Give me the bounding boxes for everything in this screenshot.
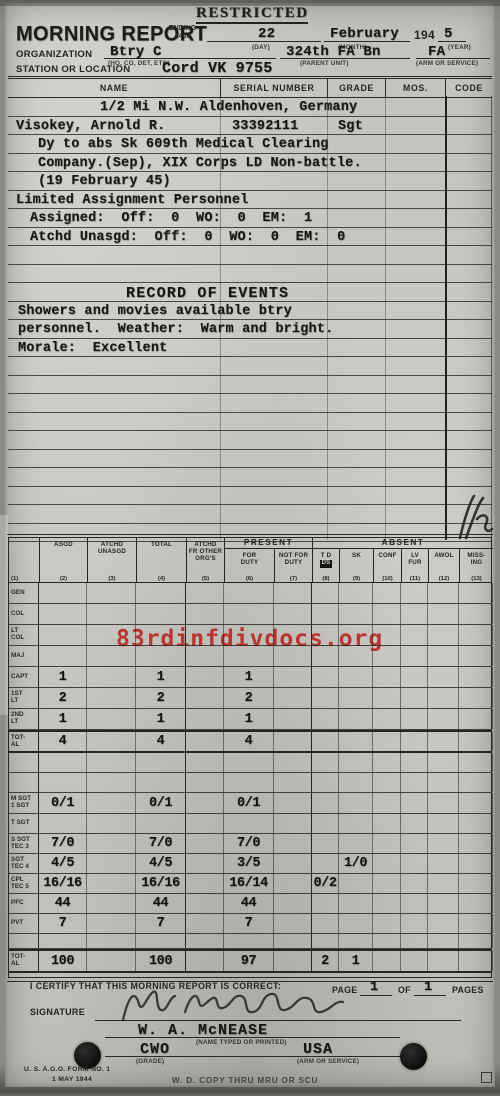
stat-body: GENCOLLT COLMAJCAPT1111ST LT2222ND LT111…: [9, 583, 491, 973]
roster-row: Limited Assignment Personnel: [8, 191, 492, 210]
stat-cell: [186, 667, 224, 687]
roster-row: [8, 376, 492, 395]
copy-routing-note: W. D. COPY THRU MRU OR SCU: [172, 1076, 318, 1085]
stat-cell: [312, 753, 339, 772]
stat-cell: [459, 625, 493, 645]
stat-cell: [39, 773, 87, 792]
year-sublabel: (YEAR): [448, 44, 471, 51]
stat-column-number: (10): [374, 576, 401, 582]
stat-cell: [312, 667, 339, 687]
stat-cell: [87, 894, 136, 913]
stat-cell: [428, 854, 459, 873]
stat-column-number: (2): [40, 576, 87, 582]
roster-typed-text: Morale: Excellent: [18, 341, 167, 356]
stat-cell: 0/2: [312, 874, 339, 893]
stat-cell: [274, 773, 312, 792]
stat-row: CPL TEC 516/1616/1616/140/2: [9, 874, 491, 894]
stat-row-label: PFC: [9, 894, 39, 913]
stat-column: ASGD(2): [39, 538, 87, 583]
stat-cell: [312, 773, 339, 792]
stat-cell: [274, 874, 312, 893]
stat-cell: 4/5: [39, 854, 87, 873]
stat-column: MISS- ING(13): [459, 549, 493, 583]
stat-cell: [401, 625, 428, 645]
stat-row: COL: [9, 604, 491, 625]
stat-cell: [39, 604, 87, 624]
roster-typed-text: Company.(Sep), XIX Corps LD Non-battle.: [38, 156, 362, 171]
stat-cell: [39, 753, 87, 772]
stat-cell: [312, 625, 339, 645]
stat-cell: [312, 834, 339, 853]
stat-cell: [312, 854, 339, 873]
stat-cell: [373, 951, 401, 971]
punch-hole-left: [74, 1042, 101, 1069]
signature-handwriting: [115, 982, 355, 1024]
roster-typed-text: Limited Assignment Personnel: [16, 193, 248, 208]
stat-cell: [459, 688, 493, 708]
ending-label: ENDING: [169, 25, 196, 32]
stat-cell: [339, 934, 373, 948]
stat-cell: [274, 793, 312, 813]
stat-header: (1)ASGD(2)ATCHD UNASGD(3)TOTAL(4)ATCHD F…: [9, 538, 491, 583]
stat-cell: [459, 834, 493, 853]
stat-cell: [401, 667, 428, 687]
stat-row: T SGT: [9, 814, 491, 834]
roster-typed-text: 1/2 Mi N.W. Aldenhoven, Germany: [100, 100, 357, 115]
parent-unit-sublabel: (PARENT UNIT): [300, 60, 349, 67]
stat-cell: [312, 709, 339, 729]
stat-column: SK(9): [339, 549, 373, 583]
stat-cell: [339, 732, 373, 751]
stat-column-label: ASGD: [40, 542, 87, 549]
stat-cell: [312, 732, 339, 751]
stat-cell: [274, 667, 312, 687]
stat-row-label: LT COL: [9, 625, 39, 645]
stat-cell: [401, 934, 428, 948]
roster-row: (19 February 45): [8, 172, 492, 191]
roster-row: [8, 431, 492, 450]
pages-label: PAGES: [452, 985, 484, 995]
roster-row: [8, 487, 492, 506]
day-sublabel: (DAY): [252, 44, 270, 51]
stat-column: ATCHD UNASGD(3): [87, 538, 136, 583]
stat-cell: [373, 914, 401, 933]
stat-column: ATCHD FR OTHER ORG'S(5): [186, 538, 224, 583]
arm-value: FA: [428, 44, 445, 60]
stat-cell: [373, 793, 401, 813]
stat-column: T DDS(8): [312, 549, 339, 583]
roster-row: [8, 246, 492, 265]
stat-cell: [87, 667, 136, 687]
of-label: OF: [398, 985, 411, 995]
stat-cell: [428, 914, 459, 933]
stat-cell: [339, 688, 373, 708]
stat-cell: [87, 625, 136, 645]
stat-cell: 1: [224, 709, 274, 729]
stat-cell: [428, 753, 459, 772]
stat-cell: [186, 934, 224, 948]
stat-cell: [428, 773, 459, 792]
grade-underline: [105, 1056, 400, 1057]
stat-cell: [186, 604, 224, 624]
stat-cell: [339, 793, 373, 813]
stat-cell: [224, 604, 274, 624]
stat-cell: [136, 934, 186, 948]
stat-cell: [428, 894, 459, 913]
stat-row-label: 1ST LT: [9, 688, 39, 708]
stat-cell: [87, 753, 136, 772]
stat-row-label: M SGT 1 SGT: [9, 793, 39, 813]
stat-cell: [136, 604, 186, 624]
stat-cell: [459, 646, 493, 666]
stat-cell: [312, 934, 339, 948]
stat-cell: [401, 814, 428, 833]
stat-cell: [186, 732, 224, 751]
stat-row-label: GEN: [9, 583, 39, 603]
stat-cell: [428, 646, 459, 666]
stat-cell: [136, 646, 186, 666]
stat-cell: [87, 951, 136, 971]
stat-cell: [373, 934, 401, 948]
stat-cell: [401, 753, 428, 772]
stat-row: CAPT111: [9, 667, 491, 688]
stat-cell: [459, 753, 493, 772]
stat-row: PVT777: [9, 914, 491, 934]
stat-column-number: (3): [88, 576, 136, 582]
pages-number: 1: [424, 980, 432, 995]
stat-cell: 44: [224, 894, 274, 913]
stat-cell: [373, 625, 401, 645]
stat-cell: [339, 874, 373, 893]
stat-row: LT COL: [9, 625, 491, 646]
stat-cell: 97: [224, 951, 274, 971]
stat-cell: [87, 583, 136, 603]
roster-typed-text: Assigned: Off: 0 WO: 0 EM: 1: [30, 211, 312, 226]
stat-cell: [373, 874, 401, 893]
roster-typed-text: (19 February 45): [38, 174, 171, 189]
pages-underline: [414, 995, 446, 996]
stat-cell: 44: [136, 894, 186, 913]
stat-cell: [274, 854, 312, 873]
stat-cell: [373, 894, 401, 913]
stat-cell: [87, 646, 136, 666]
stat-cell: [39, 625, 87, 645]
stat-cell: [401, 604, 428, 624]
stat-cell: [136, 583, 186, 603]
stat-cell: [401, 773, 428, 792]
stat-cell: 7/0: [136, 834, 186, 853]
stat-cell: [459, 914, 493, 933]
stat-row-label: 2ND LT: [9, 709, 39, 729]
stat-row-label: MAJ: [9, 646, 39, 666]
roster-row: [8, 265, 492, 284]
handwritten-initials: [450, 492, 495, 542]
roster-row: RECORD OF EVENTS: [8, 283, 492, 302]
stat-cell: [186, 894, 224, 913]
stat-cell: [428, 793, 459, 813]
roster-row: [8, 413, 492, 432]
stat-cell: [274, 834, 312, 853]
stat-row-label: S SGT TEC 3: [9, 834, 39, 853]
stat-cell: [459, 814, 493, 833]
stat-column: FOR DUTY(6): [224, 549, 274, 583]
stat-cell: [274, 604, 312, 624]
stat-cell: [87, 773, 136, 792]
roster-row: Visokey, Arnold R.33392111Sgt: [8, 117, 492, 136]
stat-cell: [224, 773, 274, 792]
stat-cell: [401, 709, 428, 729]
stat-cell: 1: [136, 667, 186, 687]
stat-cell: [186, 753, 224, 772]
stat-cell: [186, 793, 224, 813]
stat-row: 1ST LT222: [9, 688, 491, 709]
stat-column-label: MISS- ING: [460, 553, 493, 567]
parent-unit-value: 324th FA Bn: [286, 44, 381, 60]
report-year: 5: [444, 26, 453, 42]
stat-cell: [428, 709, 459, 729]
stat-cell: [224, 583, 274, 603]
stat-column: NOT FOR DUTY(7): [274, 549, 312, 583]
roster-body: 1/2 Mi N.W. Aldenhoven, GermanyVisokey, …: [8, 98, 492, 542]
stat-cell: 3/5: [224, 854, 274, 873]
stat-cell: [312, 894, 339, 913]
stat-cell: [136, 753, 186, 772]
stat-cell: 7: [136, 914, 186, 933]
stat-cell: [274, 709, 312, 729]
roster-row: [8, 505, 492, 524]
stat-row: TOT- AL1001009721: [9, 949, 491, 973]
stat-cell: 7/0: [224, 834, 274, 853]
arm-sublabel: (ARM OR SERVICE): [416, 60, 478, 67]
stat-cell: [274, 753, 312, 772]
station-label: STATION OR LOCATION: [16, 64, 130, 75]
stat-cell: [373, 709, 401, 729]
punch-hole-right: [400, 1043, 427, 1070]
stat-cell: [136, 773, 186, 792]
stat-cell: 1/0: [339, 854, 373, 873]
stat-cell: [186, 951, 224, 971]
stat-cell: [224, 753, 274, 772]
stat-cell: 2: [39, 688, 87, 708]
stat-cell: [186, 646, 224, 666]
stat-cell: 7: [224, 914, 274, 933]
stat-cell: [87, 854, 136, 873]
roster-column-header: MOS.: [385, 79, 445, 97]
stat-cell: 2: [224, 688, 274, 708]
stat-cell: [274, 951, 312, 971]
stat-cell: 0/1: [136, 793, 186, 813]
stat-row-label: TOT- AL: [9, 951, 39, 971]
stat-cell: [39, 814, 87, 833]
page-number: 1: [370, 980, 378, 995]
stat-cell: [373, 667, 401, 687]
stat-cell: [136, 814, 186, 833]
stat-cell: 1: [39, 667, 87, 687]
stat-cell: [459, 793, 493, 813]
stat-cell: [312, 793, 339, 813]
stat-cell: [339, 583, 373, 603]
stat-cell: [459, 732, 493, 751]
stat-row-label: [9, 773, 39, 792]
stat-column-label: NOT FOR DUTY: [275, 553, 312, 567]
stat-column: CONF(10): [373, 549, 401, 583]
stat-cell: [401, 583, 428, 603]
organization-label: ORGANIZATION: [16, 49, 92, 60]
stat-row: [9, 753, 491, 773]
stat-cell: [339, 814, 373, 833]
stat-cell: [339, 667, 373, 687]
stat-column-label: ATCHD FR OTHER ORG'S: [187, 542, 224, 563]
report-month: February: [330, 26, 399, 42]
stat-cell: [274, 583, 312, 603]
stat-cell: [186, 914, 224, 933]
stat-cell: [401, 951, 428, 971]
stat-column-label: FOR DUTY: [225, 553, 274, 567]
report-day: 22: [258, 26, 275, 42]
stat-cell: 44: [39, 894, 87, 913]
stat-cell: [312, 688, 339, 708]
roster-typed-text: 33392111: [232, 119, 298, 134]
stat-cell: [312, 604, 339, 624]
record-of-events-heading: RECORD OF EVENTS: [126, 285, 289, 302]
stat-row-label: TOT- AL: [9, 732, 39, 751]
stat-cell: [224, 646, 274, 666]
stat-cell: [224, 625, 274, 645]
stat-cell: [274, 814, 312, 833]
stat-cell: [373, 854, 401, 873]
ending-2400-label: ENDING2400: [169, 25, 196, 41]
stat-cell: [312, 814, 339, 833]
stat-cell: [339, 834, 373, 853]
stat-cell: [87, 914, 136, 933]
stat-cell: [39, 934, 87, 948]
roster-column-header: NAME: [8, 79, 220, 97]
stat-cell: [87, 688, 136, 708]
roster-row: Atchd Unasgd: Off: 0 WO: 0 EM: 0: [8, 228, 492, 247]
stat-cell: [373, 604, 401, 624]
stat-row: PFC444444: [9, 894, 491, 914]
certifier-arm: USA: [303, 1041, 333, 1058]
stat-cell: [339, 646, 373, 666]
stat-column-number: (9): [340, 576, 373, 582]
stat-cell: [87, 834, 136, 853]
stat-cell: [186, 874, 224, 893]
stat-row: SGT TEC 44/54/53/51/0: [9, 854, 491, 874]
stat-cell: [186, 583, 224, 603]
stat-cell: 2: [136, 688, 186, 708]
stat-row-label: T SGT: [9, 814, 39, 833]
stat-cell: [459, 667, 493, 687]
stat-cell: [224, 814, 274, 833]
stat-cell: [373, 814, 401, 833]
stat-column-label: ATCHD UNASGD: [88, 542, 136, 556]
grade-sublabel: (GRADE): [136, 1058, 164, 1065]
stat-cell: [274, 625, 312, 645]
stat-cell: 100: [136, 951, 186, 971]
present-group-header: PRESENT: [224, 538, 312, 549]
roster-typed-text: personnel. Weather: Warm and bright.: [18, 322, 333, 337]
stat-cell: [373, 753, 401, 772]
stat-cell: [428, 874, 459, 893]
stat-cell: [428, 951, 459, 971]
stat-cell: 1: [136, 709, 186, 729]
roster-row: Company.(Sep), XIX Corps LD Non-battle.: [8, 154, 492, 173]
stat-row: GEN: [9, 583, 491, 604]
stat-cell: [186, 854, 224, 873]
stat-column-number: (4): [137, 576, 186, 582]
roster-row: personnel. Weather: Warm and bright.: [8, 320, 492, 339]
stat-row-label: PVT: [9, 914, 39, 933]
form-date: 1 MAY 1944: [52, 1076, 92, 1083]
stat-cell: [136, 625, 186, 645]
stat-cell: [339, 625, 373, 645]
stat-cell: [459, 709, 493, 729]
stat-row-label: [9, 753, 39, 772]
stat-column-number: (11): [402, 576, 428, 582]
stat-row: 2ND LT111: [9, 709, 491, 730]
stat-cell: [274, 934, 312, 948]
stat-cell: [39, 646, 87, 666]
stat-cell: 7: [39, 914, 87, 933]
roster-typed-text: Atchd Unasgd: Off: 0 WO: 0 EM: 0: [30, 230, 345, 245]
stat-cell: [428, 625, 459, 645]
stat-cell: 16/14: [224, 874, 274, 893]
stat-cell: [373, 646, 401, 666]
stat-cell: [428, 732, 459, 751]
stat-row-label: CPL TEC 5: [9, 874, 39, 893]
stat-row-label: CAPT: [9, 667, 39, 687]
stat-column: (1): [9, 538, 39, 583]
stat-cell: [224, 934, 274, 948]
stat-cell: [339, 773, 373, 792]
stat-cell: [186, 709, 224, 729]
stat-cell: 4: [224, 732, 274, 751]
stat-cell: [401, 732, 428, 751]
stat-cell: [373, 834, 401, 853]
roster-row: Morale: Excellent: [8, 339, 492, 358]
stat-column-label: SK: [340, 553, 373, 560]
roster-row: [8, 468, 492, 487]
stat-cell: [428, 814, 459, 833]
stat-cell: [312, 646, 339, 666]
stat-cell: [373, 688, 401, 708]
stat-column-label: TOTAL: [137, 542, 186, 549]
stat-cell: [459, 583, 493, 603]
stat-cell: [274, 894, 312, 913]
roster-table: NAMESERIAL NUMBERGRADEMOS.CODE 1/2 Mi N.…: [8, 78, 492, 540]
stat-cell: [401, 793, 428, 813]
stat-row-label: COL: [9, 604, 39, 624]
stat-cell: [401, 646, 428, 666]
stat-cell: [401, 914, 428, 933]
page-underline: [360, 995, 392, 996]
arm-of-service-sublabel: (ARM OR SERVICE): [297, 1058, 359, 1065]
stat-cell: [186, 688, 224, 708]
stat-row: S SGT TEC 37/07/07/0: [9, 834, 491, 854]
stat-cell: 0/1: [39, 793, 87, 813]
stat-cell: [459, 773, 493, 792]
stat-cell: [339, 604, 373, 624]
stat-cell: [459, 934, 493, 948]
absent-group-header: ABSENT: [312, 538, 493, 549]
stat-cell: [339, 709, 373, 729]
stat-cell: [428, 688, 459, 708]
stat-cell: [459, 604, 493, 624]
roster-column-header: CODE: [445, 79, 492, 97]
stat-column-number: (8): [313, 576, 339, 582]
roster-row: 1/2 Mi N.W. Aldenhoven, Germany: [8, 98, 492, 117]
stat-column-label: AWOL: [429, 553, 459, 560]
